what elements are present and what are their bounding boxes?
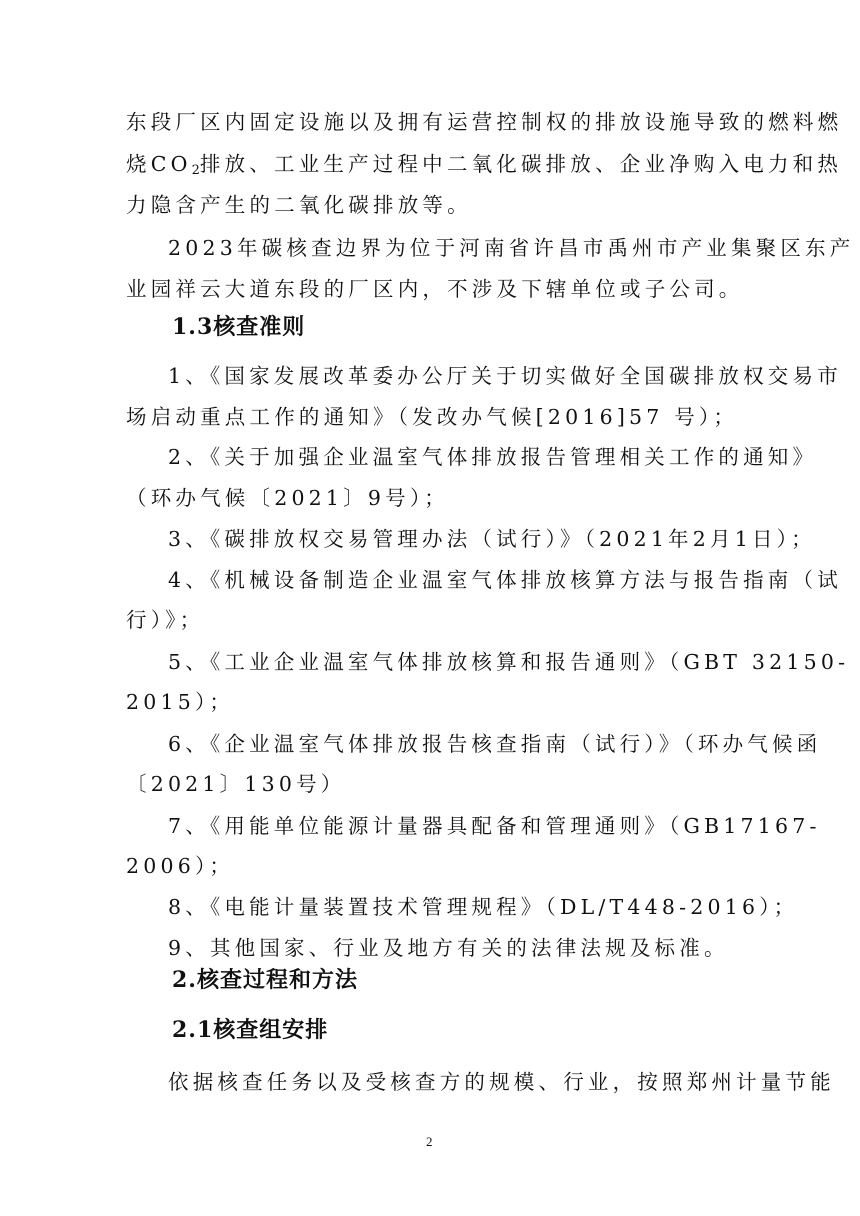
text-fragment: 排放、工业生产过程中二氧化碳排放、企业净购入电力和热 [200, 152, 842, 176]
section-heading: 1.3核查准则 [172, 312, 305, 342]
subsection-heading: 2.1核查组安排 [172, 1015, 328, 1045]
paragraph-line: 力隐含产生的二氧化碳排放等。 [126, 191, 746, 219]
list-item-continuation: 2006）； [126, 852, 746, 880]
paragraph-line: 依据核查任务以及受核查方的规模、行业，按照郑州计量节能 [168, 1068, 788, 1096]
list-item-continuation: 〔2021〕130号） [126, 770, 746, 798]
subscript: 2 [192, 163, 200, 178]
list-item-continuation: 场启动重点工作的通知》（发改办气候[2016]57 号）； [126, 403, 746, 431]
paragraph-line: 烧CO2排放、工业生产过程中二氧化碳排放、企业净购入电力和热 [126, 150, 746, 185]
list-item: 3、《碳排放权交易管理办法（试行）》（2021年2月1日）； [168, 525, 788, 553]
document-page: 东段厂区内固定设施以及拥有运营控制权的排放设施导致的燃料燃 烧CO2排放、工业生… [0, 0, 860, 1216]
list-item: 2、《关于加强企业温室气体排放报告管理相关工作的通知》 [168, 443, 788, 471]
list-item: 4、《机械设备制造企业温室气体排放核算方法与报告指南（试 [168, 566, 788, 594]
list-item: 9、其他国家、行业及地方有关的法律法规及标准。 [168, 934, 788, 962]
list-item: 8、《电能计量装置技术管理规程》（DL/T448-2016）； [168, 893, 788, 921]
list-item: 1、《国家发展改革委办公厅关于切实做好全国碳排放权交易市 [168, 362, 788, 390]
list-item: 6、《企业温室气体排放报告核查指南（试行）》（环办气候函 [168, 730, 788, 758]
text-fragment: 烧CO [126, 152, 192, 176]
paragraph-line: 东段厂区内固定设施以及拥有运营控制权的排放设施导致的燃料燃 [126, 108, 746, 136]
list-item-continuation: （环办气候〔2021〕9号）； [126, 484, 746, 512]
list-item-continuation: 2015）； [126, 688, 746, 716]
paragraph-line: 业园祥云大道东段的厂区内，不涉及下辖单位或子公司。 [126, 275, 746, 303]
list-item-continuation: 行）》； [126, 606, 746, 634]
list-item: 5、《工业企业温室气体排放核算和报告通则》（GBT 32150- [168, 648, 788, 676]
section-heading: 2.核查过程和方法 [172, 965, 358, 995]
list-item: 7、《用能单位能源计量器具配备和管理通则》（GB17167- [168, 812, 788, 840]
page-number: 2 [426, 1134, 433, 1150]
paragraph-line: 2023年碳核查边界为位于河南省许昌市禹州市产业集聚区东产 [168, 234, 788, 262]
